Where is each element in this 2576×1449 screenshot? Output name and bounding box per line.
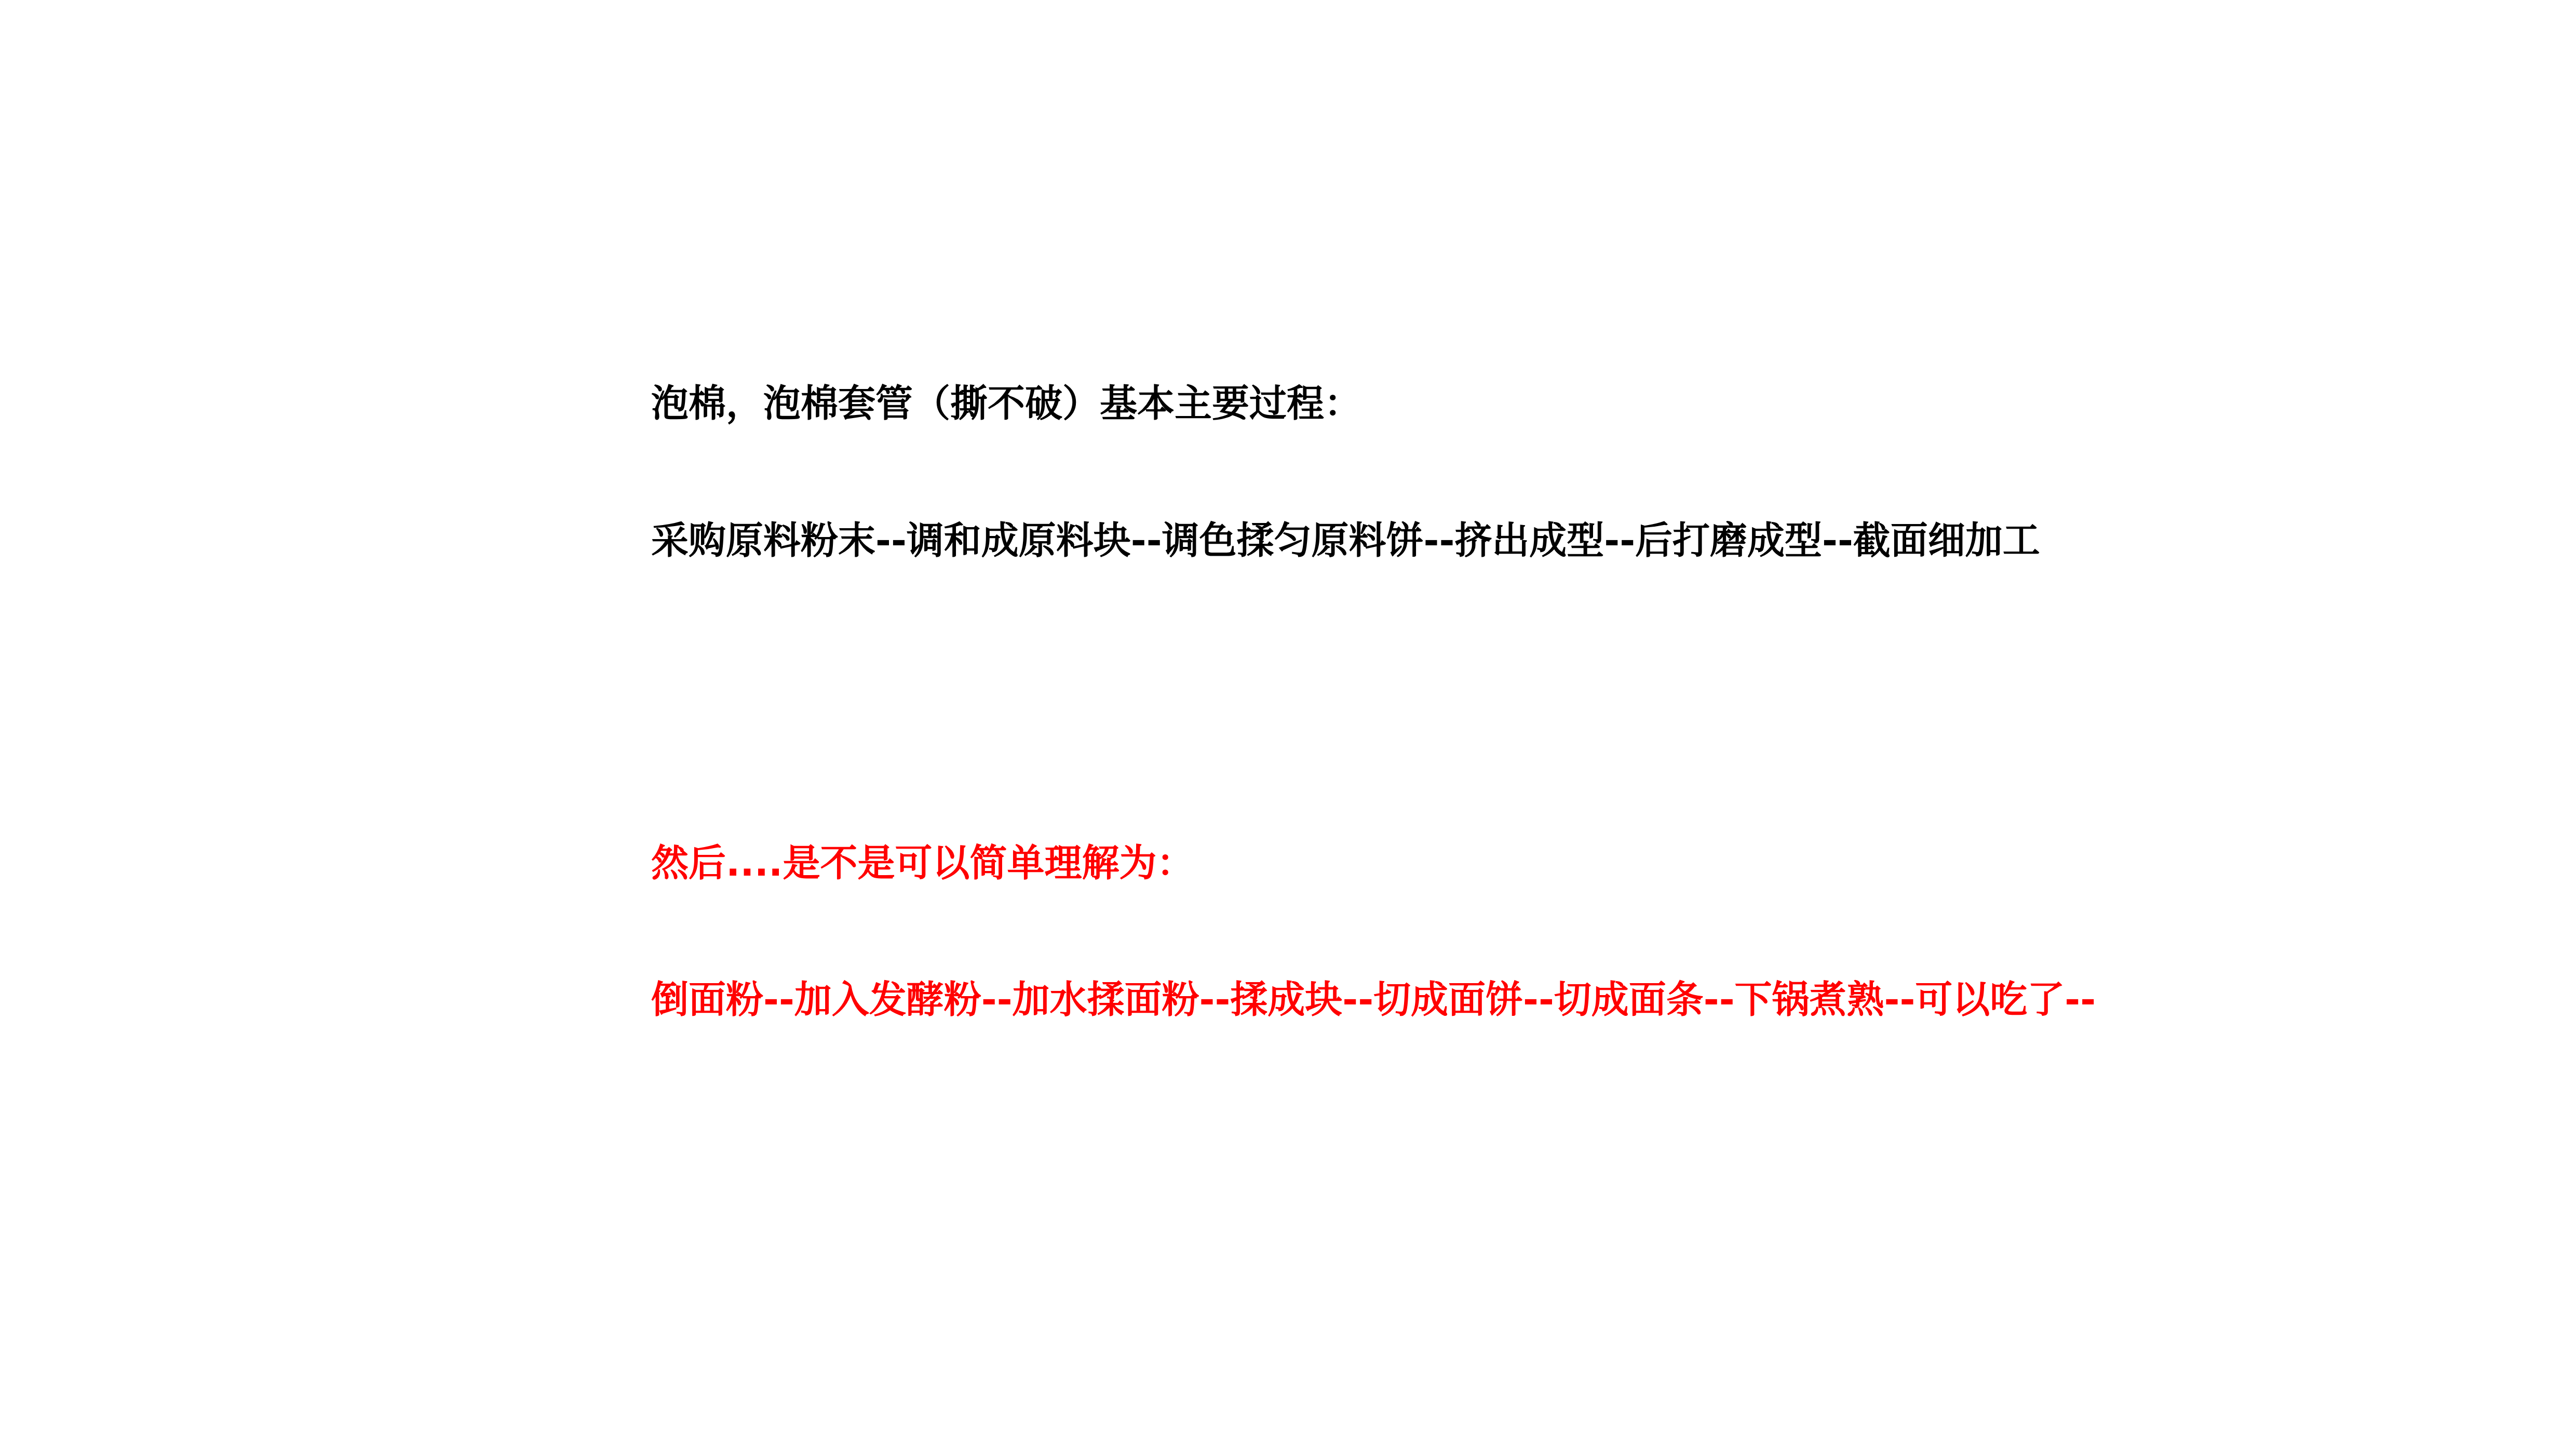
foam-process-heading: 泡棉，泡棉套管（撕不破）基本主要过程： (651, 377, 1361, 429)
analogy-heading: 然后....是不是可以简单理解为： (651, 837, 1194, 889)
foam-process-steps: 采购原料粉末--调和成原料块--调色揉匀原料饼--挤出成型--后打磨成型--截面… (651, 514, 2040, 566)
slide-canvas: 泡棉，泡棉套管（撕不破）基本主要过程： 采购原料粉末--调和成原料块--调色揉匀… (0, 0, 2576, 1449)
noodle-analogy-steps: 倒面粉--加入发酵粉--加水揉面粉--揉成块--切成面饼--切成面条--下锅煮熟… (651, 973, 2096, 1025)
